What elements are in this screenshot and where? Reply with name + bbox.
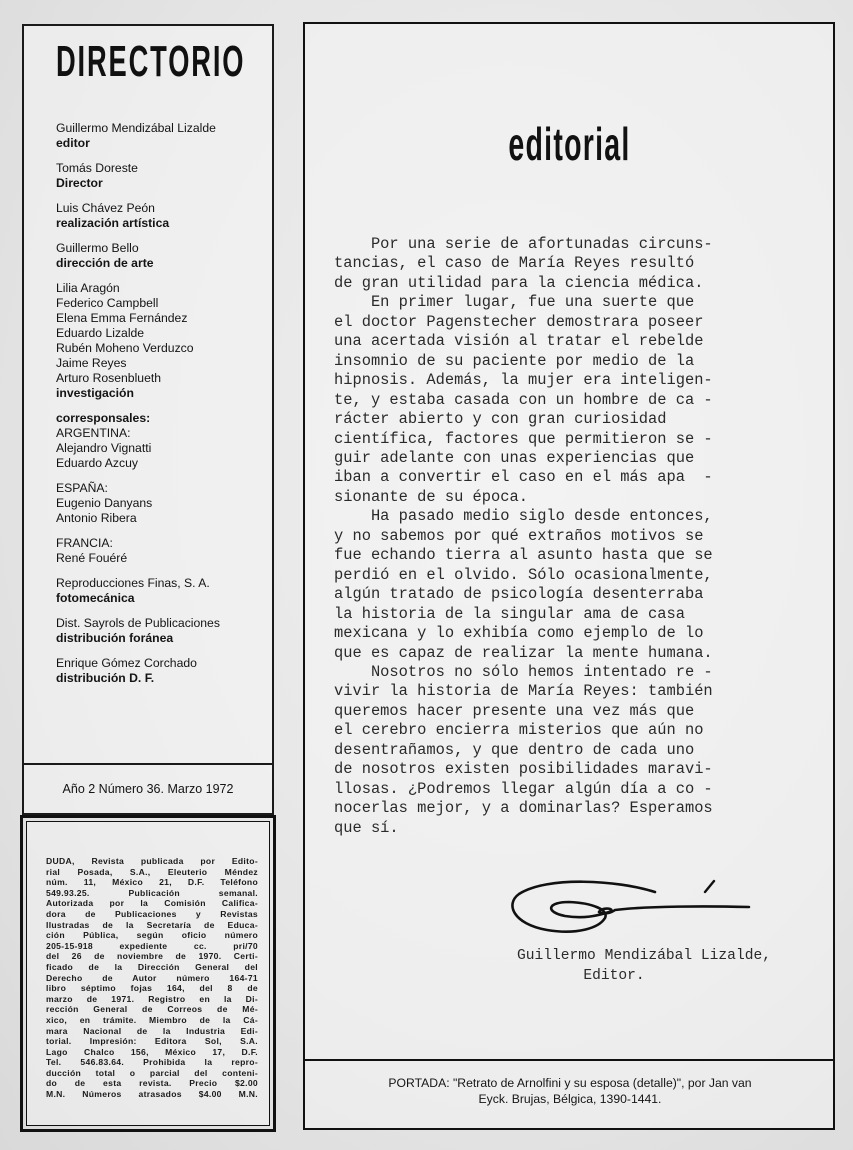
editorial-line: perdió en el olvido. Sólo ocasionalmente… — [334, 566, 804, 585]
editorial-line: vivir la historia de María Reyes: tambié… — [334, 682, 804, 701]
editorial-line: te, y estaba casada con un hombre de ca … — [334, 391, 804, 410]
editorial-line: fue echando tierra al asunto hasta que s… — [334, 546, 804, 565]
service-role: distribución foránea — [56, 631, 271, 646]
legal-line: libro séptimo fojas 164, del 8 de — [46, 983, 258, 994]
legal-line: dora de Publicaciones y Revistas — [46, 909, 258, 920]
correspondent-name: Eugenio Danyans — [56, 496, 271, 511]
editorial-body: Por una serie de afortunadas circuns-tan… — [334, 235, 804, 838]
legal-line: do de esta revista. Precio $2.00 — [46, 1078, 258, 1089]
editorial-line: rácter abierto y con gran curiosidad — [334, 410, 804, 429]
staff-name: Guillermo Mendizábal Lizalde — [56, 121, 271, 136]
editorial-line: el cerebro encierra misterios que aún no — [334, 721, 804, 740]
correspondent-country: ARGENTINA: — [56, 426, 271, 441]
editorial-line: guir adelante con unas experiencias que — [334, 449, 804, 468]
legal-line: 549.93.25. Publicación semanal. — [46, 888, 258, 899]
legal-line: ficado de la Dirección General del — [46, 962, 258, 973]
service-name: Enrique Gómez Corchado — [56, 656, 271, 671]
legal-line: torial. Impresión: Editora Sol, S.A. — [46, 1036, 258, 1047]
staff-name: Elena Emma Fernández — [56, 311, 271, 326]
editorial-line: llosas. ¿Podremos llegar algún día a co … — [334, 780, 804, 799]
issue-number-date: Año 2 Número 36. Marzo 1972 — [63, 782, 234, 796]
correspondent-country: ESPAÑA: — [56, 481, 271, 496]
legal-line: DUDA, Revista publicada por Edito- — [46, 856, 258, 867]
directory-list: Guillermo Mendizábal LizaldeeditorTomás … — [56, 121, 271, 696]
correspondents-label: corresponsales: — [56, 411, 271, 426]
legal-line: ducción total o parcial del conteni- — [46, 1068, 258, 1079]
legal-line: Autorizada por la Comisión Califica- — [46, 898, 258, 909]
staff-role: investigación — [56, 386, 271, 401]
signer-title: Editor. — [303, 966, 835, 986]
directory-title: DIRECTORIO — [56, 40, 245, 84]
staff-name: Tomás Doreste — [56, 161, 271, 176]
correspondent-name: Alejandro Vignatti — [56, 441, 271, 456]
editorial-line: la historia de la singular ama de casa — [334, 605, 804, 624]
staff-name: Luis Chávez Peón — [56, 201, 271, 216]
editorial-line: científica, factores que permitieron se … — [334, 430, 804, 449]
staff-role: Director — [56, 176, 271, 191]
legal-line: núm. 11, México 21, D.F. Teléfono — [46, 877, 258, 888]
staff-name: Federico Campbell — [56, 296, 271, 311]
legal-notice-box: DUDA, Revista publicada por Edito-rial P… — [20, 815, 276, 1132]
legal-line: Lago Chalco 156, México 17, D.F. — [46, 1047, 258, 1058]
legal-line: Ilustradas de la Secretaría de Educa- — [46, 920, 258, 931]
legal-line: rección General de Correos de Mé- — [46, 1004, 258, 1015]
editorial-line: iban a convertir el caso en el más apa - — [334, 468, 804, 487]
legal-line: xico, en trámite. Miembro de la Cá- — [46, 1015, 258, 1026]
cover-caption-line-1: PORTADA: "Retrato de Arnolfini y su espo… — [320, 1076, 820, 1092]
editorial-line: que es capaz de realizar la mente humana… — [334, 644, 804, 663]
service-entry: Dist. Sayrols de Publicacionesdistribuci… — [56, 616, 271, 646]
staff-name: Arturo Rosenblueth — [56, 371, 271, 386]
editorial-line: algún tratado de psicología desenterraba — [334, 585, 804, 604]
legal-line: mara Nacional de la Industria Edi- — [46, 1026, 258, 1037]
editorial-line: desentrañamos, y que dentro de cada uno — [334, 741, 804, 760]
staff-name: Jaime Reyes — [56, 356, 271, 371]
signature-icon — [507, 872, 757, 940]
staff-role: editor — [56, 136, 271, 151]
correspondent-name: Eduardo Azcuy — [56, 456, 271, 471]
staff-name: Guillermo Bello — [56, 241, 271, 256]
service-name: Dist. Sayrols de Publicaciones — [56, 616, 271, 631]
legal-line: 205-15-918 expediente cc. pri/70 — [46, 941, 258, 952]
service-entry: Enrique Gómez Corchadodistribución D. F. — [56, 656, 271, 686]
service-role: distribución D. F. — [56, 671, 271, 686]
editorial-line: nocerlas mejor, y a dominarlas? Esperamo… — [334, 799, 804, 818]
correspondent-group: corresponsales:ARGENTINA:Alejandro Vigna… — [56, 411, 271, 471]
editorial-line: tancias, el caso de María Reyes resultó — [334, 254, 804, 273]
editorial-line: Por una serie de afortunadas circuns- — [334, 235, 804, 254]
correspondent-name: Antonio Ribera — [56, 511, 271, 526]
service-name: Reproducciones Finas, S. A. — [56, 576, 271, 591]
correspondent-name: René Fouéré — [56, 551, 271, 566]
staff-name: Rubén Moheno Verduzco — [56, 341, 271, 356]
editorial-line: y no sabemos por qué extraños motivos se — [334, 527, 804, 546]
legal-notice-text: DUDA, Revista publicada por Edito-rial P… — [46, 856, 258, 1100]
cover-caption: PORTADA: "Retrato de Arnolfini y su espo… — [320, 1076, 820, 1107]
editorial-line: insomnio de su paciente por medio de la — [334, 352, 804, 371]
editorial-line: que sí. — [334, 819, 804, 838]
editorial-signer: Guillermo Mendizábal Lizalde, Editor. — [303, 946, 835, 986]
staff-role: dirección de arte — [56, 256, 271, 271]
correspondent-country: FRANCIA: — [56, 536, 271, 551]
editorial-line: Ha pasado medio siglo desde entonces, — [334, 507, 804, 526]
directory-entry: Lilia AragónFederico CampbellElena Emma … — [56, 281, 271, 401]
signer-name: Guillermo Mendizábal Lizalde, — [303, 946, 835, 966]
cover-divider — [303, 1059, 835, 1061]
cover-caption-line-2: Eyck. Brujas, Bélgica, 1390-1441. — [320, 1092, 820, 1108]
staff-role: realización artística — [56, 216, 271, 231]
editorial-line: una acertada visión al tratar el rebelde — [334, 332, 804, 351]
legal-line: ción Pública, según oficio número — [46, 930, 258, 941]
service-entry: Reproducciones Finas, S. A.fotomecánica — [56, 576, 271, 606]
directory-panel: DIRECTORIO Guillermo Mendizábal Lizaldee… — [22, 24, 274, 765]
directory-entry: Luis Chávez Peónrealización artística — [56, 201, 271, 231]
editorial-line: mexicana y lo exhibía como ejemplo de lo — [334, 624, 804, 643]
directory-entry: Guillermo Bellodirección de arte — [56, 241, 271, 271]
editorial-line: de gran utilidad para la ciencia médica. — [334, 274, 804, 293]
editorial-line: queremos hacer presente una vez más que — [334, 702, 804, 721]
editorial-line: hipnosis. Además, la mujer era inteligen… — [334, 371, 804, 390]
editorial-line: de nosotros existen posibilidades maravi… — [334, 760, 804, 779]
legal-line: Derecho de Autor número 164-71 — [46, 973, 258, 984]
editorial-title: editorial — [305, 121, 833, 167]
directory-entry: Tomás DoresteDirector — [56, 161, 271, 191]
legal-line: marzo de 1971. Registro en la Di- — [46, 994, 258, 1005]
correspondent-group: ESPAÑA:Eugenio DanyansAntonio Ribera — [56, 481, 271, 526]
editorial-line: el doctor Pagenstecher demostrara poseer — [334, 313, 804, 332]
service-role: fotomecánica — [56, 591, 271, 606]
legal-line: del 26 de noviembre de 1970. Certi- — [46, 951, 258, 962]
editorial-line: sionante de su época. — [334, 488, 804, 507]
staff-name: Eduardo Lizalde — [56, 326, 271, 341]
legal-line: rial Posada, S.A., Eleuterio Méndez — [46, 867, 258, 878]
legal-line: Tel. 546.83.64. Prohibida la repro- — [46, 1057, 258, 1068]
directory-entry: Guillermo Mendizábal Lizaldeeditor — [56, 121, 271, 151]
correspondent-group: FRANCIA:René Fouéré — [56, 536, 271, 566]
editorial-line: En primer lugar, fue una suerte que — [334, 293, 804, 312]
legal-line: M.N. Números atrasados $4.00 M.N. — [46, 1089, 258, 1100]
issue-info: Año 2 Número 36. Marzo 1972 — [22, 763, 274, 815]
editorial-line: Nosotros no sólo hemos intentado re - — [334, 663, 804, 682]
staff-name: Lilia Aragón — [56, 281, 271, 296]
